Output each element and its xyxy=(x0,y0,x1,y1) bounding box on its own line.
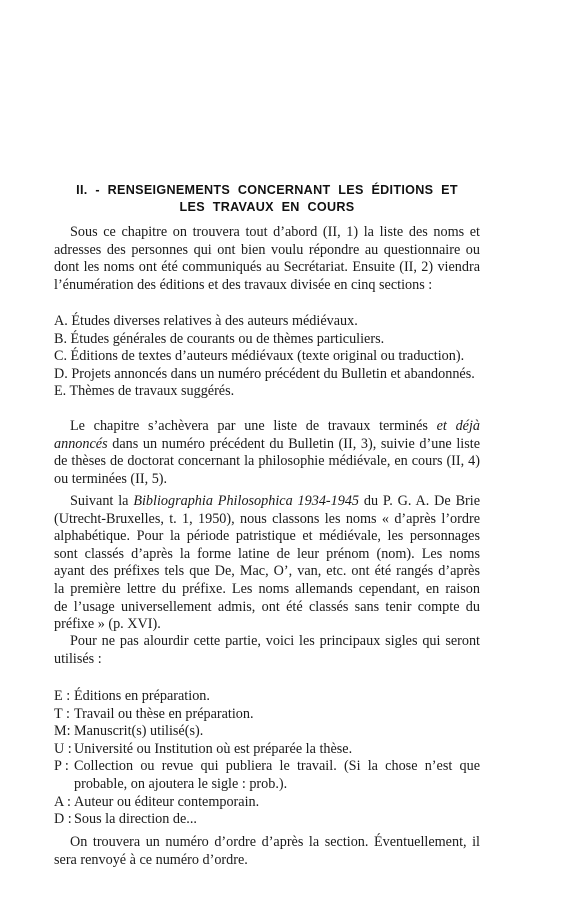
text-line: préfixe » (p. XVI). xyxy=(54,616,480,634)
text-line: l’énumération des éditions et des travau… xyxy=(54,277,480,295)
section-item-e: E. Thèmes de travaux suggérés. xyxy=(54,383,480,401)
sigles-intro-paragraph: Pour ne pas alourdir cette partie, voici… xyxy=(54,633,480,668)
text-line: sont classés d’après la forme latine de … xyxy=(54,546,480,564)
text-line: utilisés : xyxy=(54,651,480,669)
section-item-a: A. Études diverses relatives à des auteu… xyxy=(54,313,480,331)
heading-line-1: II. - RENSEIGNEMENTS CONCERNANT LES ÉDIT… xyxy=(54,182,480,199)
text-line: (Utrecht-Bruxelles, t. 1, 1950), nous cl… xyxy=(54,511,480,529)
text-line: Suivant la Bibliographia Philosophica 19… xyxy=(54,493,480,511)
sections-list: A. Études diverses relatives à des auteu… xyxy=(54,313,480,401)
intro-paragraph: Sous ce chapitre on trouvera tout d’abor… xyxy=(54,224,480,294)
sigles-list: E :Éditions en préparation. T :Travail o… xyxy=(54,688,480,829)
text-line: de l’usage universellement admis, ont ét… xyxy=(54,599,480,617)
section-item-d: D. Projets annoncés dans un numéro précé… xyxy=(54,366,480,384)
italic-text: et déjà xyxy=(437,418,480,434)
text-line: annoncés dans un numéro précédent du Bul… xyxy=(54,436,480,454)
text-line: ou terminées (II, 5). xyxy=(54,471,480,489)
text-line: la première lettre du préfixe. Les noms … xyxy=(54,581,480,599)
text-line: Pour ne pas alourdir cette partie, voici… xyxy=(54,633,480,651)
sigle-item-a: A :Auteur ou éditeur contemporain. xyxy=(54,794,480,812)
text-line: dont les noms ont été communiqués au Sec… xyxy=(54,259,480,277)
heading-line-2: LES TRAVAUX EN COURS xyxy=(54,199,480,216)
sigle-item-p: P :Collection ou revue qui publiera le t… xyxy=(54,758,480,793)
text-line: Sous ce chapitre on trouvera tout d’abor… xyxy=(54,224,480,242)
bibliography-paragraph: Suivant la Bibliographia Philosophica 19… xyxy=(54,493,480,634)
italic-text: annoncés xyxy=(54,436,108,452)
sigle-item-m: M:Manuscrit(s) utilisé(s). xyxy=(54,723,480,741)
text-line: sera renvoyé à ce numéro d’ordre. xyxy=(54,852,480,870)
text-line: alphabétique. Pour la période patristiqu… xyxy=(54,528,480,546)
sigle-item-t: T :Travail ou thèse en préparation. xyxy=(54,706,480,724)
sigle-item-d: D :Sous la direction de... xyxy=(54,811,480,829)
italic-title: Bibliographia Philosophica 1934-1945 xyxy=(133,493,359,509)
text-line: On trouvera un numéro d’ordre d’après la… xyxy=(54,834,480,852)
text-line: Le chapitre s’achèvera par une liste de … xyxy=(54,418,480,436)
chapter-end-paragraph: Le chapitre s’achèvera par une liste de … xyxy=(54,418,480,488)
section-item-c: C. Éditions de textes d’auteurs médiévau… xyxy=(54,348,480,366)
section-item-b: B. Études générales de courants ou de th… xyxy=(54,331,480,349)
text-line: adresses des personnes qui ont bien voul… xyxy=(54,242,480,260)
closing-paragraph: On trouvera un numéro d’ordre d’après la… xyxy=(54,834,480,869)
section-heading: II. - RENSEIGNEMENTS CONCERNANT LES ÉDIT… xyxy=(54,182,480,216)
text-line: de thèses de doctorat concernant la phil… xyxy=(54,453,480,471)
text-line: ayant des préfixes tels que De, Mac, O’,… xyxy=(54,563,480,581)
sigle-item-u: U :Université ou Institution où est prép… xyxy=(54,741,480,759)
sigle-item-e: E :Éditions en préparation. xyxy=(54,688,480,706)
